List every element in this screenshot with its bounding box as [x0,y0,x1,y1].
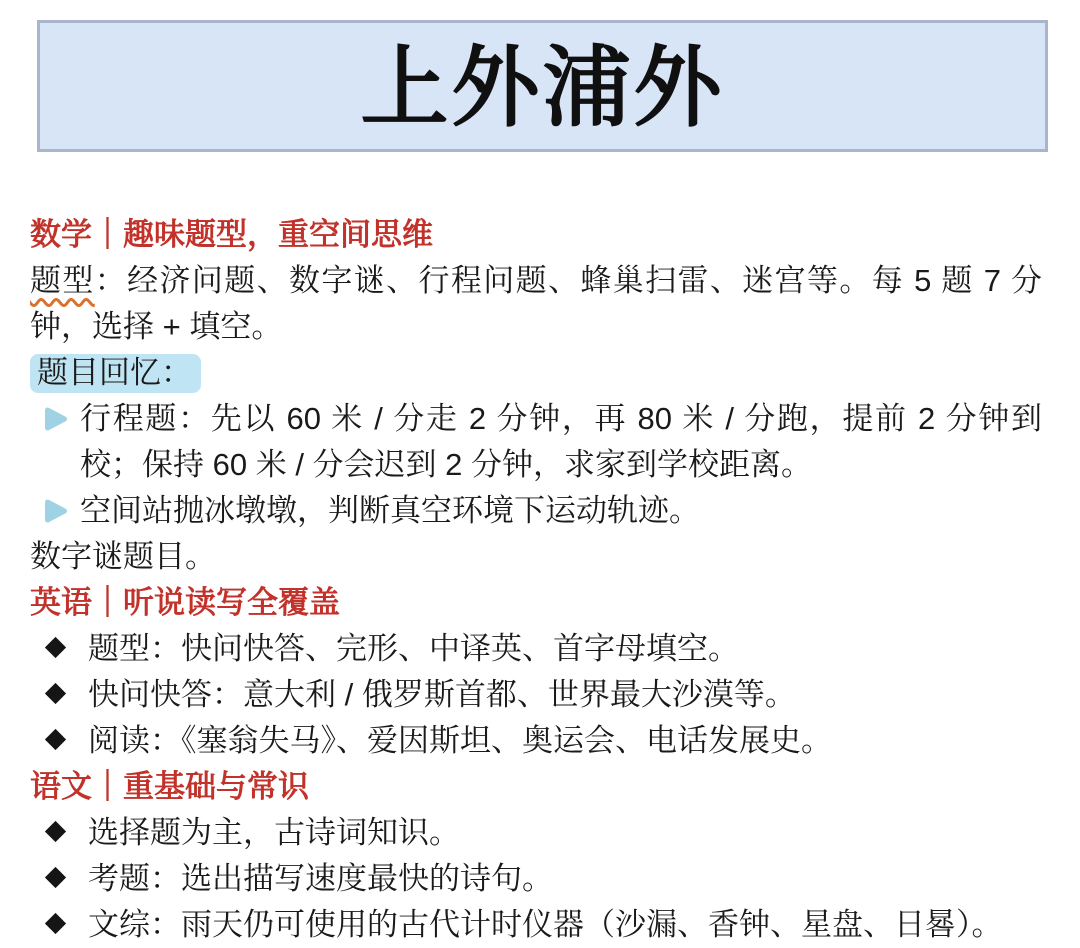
list-item: 快问快答：意大利 / 俄罗斯首都、世界最大沙漠等。 [30,672,1042,718]
diamond-bullet-icon [44,672,88,701]
diamond-bullet-icon [44,626,88,655]
diamond-bullet-icon [44,902,88,931]
diamond-bullet-icon [44,810,88,839]
bullet-text: 阅读：《塞翁失马》、爱因斯坦、奥运会、电话发展史。 [88,718,1042,764]
math-question-types-paragraph: 题型：经济问题、数字谜、行程问题、蜂巢扫雷、迷宫等。每 5 题 7 分钟，选择 … [30,258,1042,350]
list-item: 题型：快问快答、完形、中译英、首字母填空。 [30,626,1042,672]
recall-line: 题目回忆： [30,350,1042,396]
list-item: 行程题：先以 60 米 / 分走 2 分钟，再 80 米 / 分跑，提前 2 分… [30,396,1042,488]
chinese-section-heading: 语文｜重基础与常识 [30,764,1042,810]
list-item: 文综：雨天仍可使用的古代计时仪器（沙漏、香钟、星盘、日晷）。 [30,902,1042,948]
math-recall-list: 行程题：先以 60 米 / 分走 2 分钟，再 80 米 / 分跑，提前 2 分… [30,396,1042,534]
bullet-text: 选择题为主，古诗词知识。 [88,810,1042,856]
math-section-heading: 数学｜趣味题型，重空间思维 [30,212,1042,258]
diamond-bullet-icon [44,718,88,747]
list-item: 空间站抛冰墩墩，判断真空环境下运动轨迹。 [30,488,1042,534]
recall-highlight-label: 题目回忆： [30,354,201,393]
title-banner: 上外浦外 [37,20,1048,152]
wavy-underlined-term: 题型 [30,263,95,298]
page: 上外浦外 数学｜趣味题型，重空间思维 题型：经济问题、数字谜、行程问题、蜂巢扫雷… [0,20,1080,948]
page-title: 上外浦外 [360,38,724,134]
bullet-text: 考题：选出描写速度最快的诗句。 [88,856,1042,902]
bullet-text: 快问快答：意大利 / 俄罗斯首都、世界最大沙漠等。 [88,672,1042,718]
content: 数学｜趣味题型，重空间思维 题型：经济问题、数字谜、行程问题、蜂巢扫雷、迷宫等。… [30,212,1042,948]
english-list: 题型：快问快答、完形、中译英、首字母填空。 快问快答：意大利 / 俄罗斯首都、世… [30,626,1042,764]
bullet-text: 行程题：先以 60 米 / 分走 2 分钟，再 80 米 / 分跑，提前 2 分… [80,396,1042,488]
math-question-types-text: ：经济问题、数字谜、行程问题、蜂巢扫雷、迷宫等。每 5 题 7 分钟，选择 + … [30,263,1042,344]
list-item: 选择题为主，古诗词知识。 [30,810,1042,856]
math-note: 数字谜题目。 [30,534,1042,580]
list-item: 考题：选出描写速度最快的诗句。 [30,856,1042,902]
triangle-bullet-icon [44,488,80,524]
list-item: 阅读：《塞翁失马》、爱因斯坦、奥运会、电话发展史。 [30,718,1042,764]
english-section-heading: 英语｜听说读写全覆盖 [30,580,1042,626]
bullet-text: 空间站抛冰墩墩，判断真空环境下运动轨迹。 [80,488,1042,534]
bullet-text: 文综：雨天仍可使用的古代计时仪器（沙漏、香钟、星盘、日晷）。 [88,902,1042,948]
diamond-bullet-icon [44,856,88,885]
chinese-list: 选择题为主，古诗词知识。 考题：选出描写速度最快的诗句。 文综：雨天仍可使用的古… [30,810,1042,948]
bullet-text: 题型：快问快答、完形、中译英、首字母填空。 [88,626,1042,672]
triangle-bullet-icon [44,396,80,432]
